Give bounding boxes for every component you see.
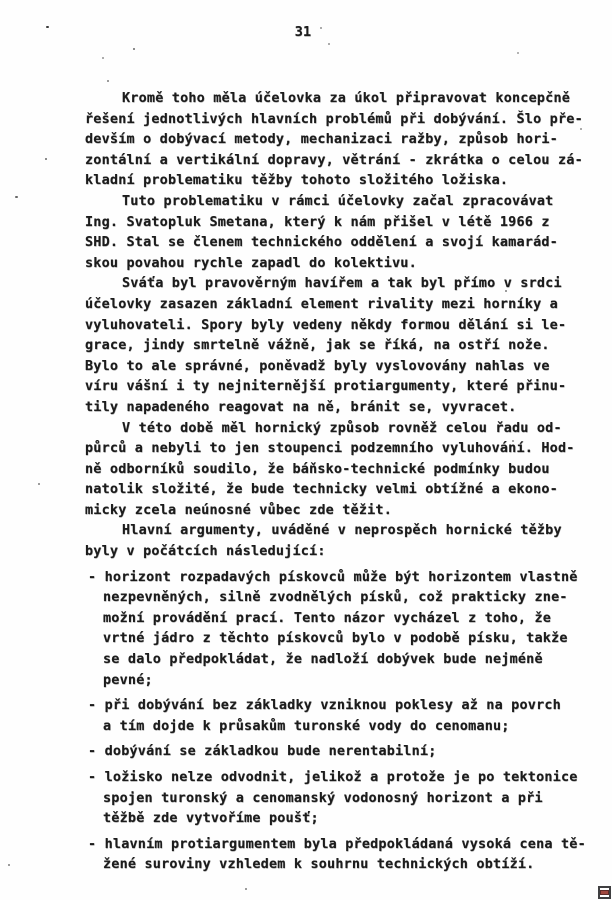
bullet-item-3: - dobývání se základkou bude nerentabiln… [85,741,590,762]
dust-speck [102,57,104,59]
bullet-item-2: - při dobývání bez základky vzniknou pok… [85,695,590,736]
dust-speck [15,196,18,198]
dust-speck [505,290,507,292]
scanned-document-page: 31 Kromě toho měla účelovka za úkol přip… [0,0,612,900]
dust-speck [502,242,504,244]
paragraph-2: Tuto problematiku v rámci účelovky začal… [85,191,590,273]
dust-speck [38,483,40,485]
dust-speck [107,80,109,82]
document-body: Kromě toho měla účelovka za úkol připrav… [85,88,590,875]
marker-bar [600,890,609,895]
dust-speck [133,48,135,50]
dust-speck [328,43,330,45]
bullet-item-4: - ložisko nelze odvodnit, jelikož a prot… [85,767,590,829]
dust-speck [540,658,542,660]
dust-speck [320,27,322,29]
paragraph-5: Hlavní argumenty, uváděné v neprospěch h… [85,520,590,561]
dust-speck [46,26,49,28]
paragraph-3: Sváťa byl pravověrným havířem a tak byl … [85,273,590,417]
bullet-item-5: - hlavním protiargumentem byla předpoklá… [85,834,590,875]
dust-speck [580,128,582,130]
page-corner-marker-icon[interactable] [598,886,611,899]
dust-speck [45,158,47,160]
paragraph-1: Kromě toho měla účelovka za úkol připrav… [85,88,590,191]
dust-speck [517,52,519,54]
dust-speck [245,888,247,890]
dust-speck [512,440,514,442]
bullet-item-1: - horizont rozpadavých pískovců může být… [85,567,590,691]
dust-speck [8,864,10,866]
dust-speck [277,548,279,550]
page-number: 31 [0,22,606,43]
paragraph-4: V této době měl hornický způsob rovněž c… [85,418,590,521]
